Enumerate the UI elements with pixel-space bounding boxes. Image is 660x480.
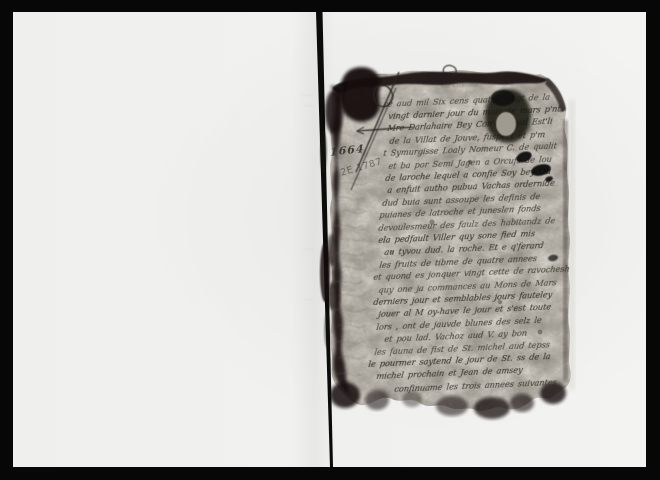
scanned-register-photo: au chelmi ce aud mil Six cens quatre vin… [0, 0, 660, 480]
photo-border-right [646, 0, 660, 480]
photo-border-bottom [0, 467, 660, 480]
photo-border-top [0, 0, 660, 12]
large-stain [485, 89, 531, 143]
ink-blots [515, 149, 559, 262]
notarial-flourish [351, 65, 456, 190]
stains-overlay [0, 0, 660, 480]
photo-border-left [0, 0, 13, 480]
